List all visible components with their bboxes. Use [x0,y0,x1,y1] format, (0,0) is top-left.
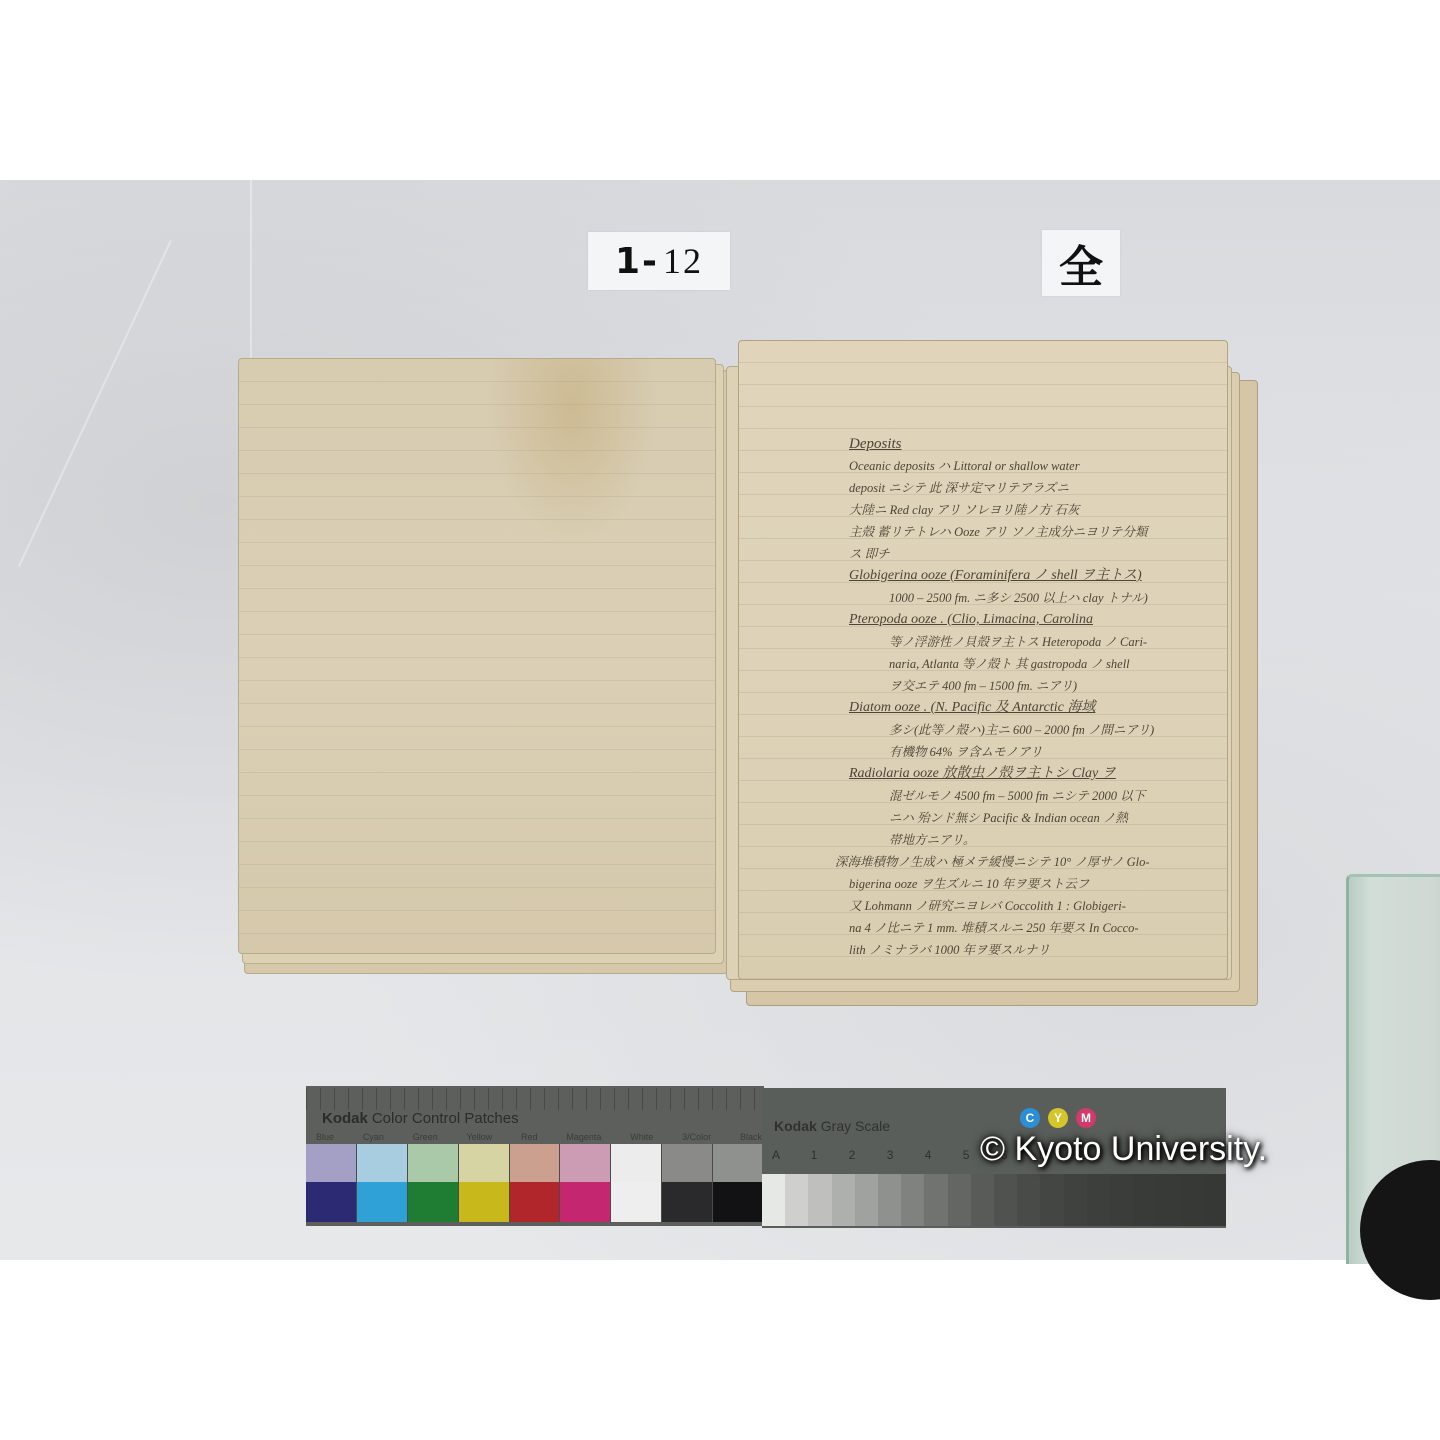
gray-step [1087,1174,1110,1226]
gray-step [808,1174,831,1226]
cym-registration-marks: C Y M [1020,1108,1096,1128]
color-patch [713,1144,764,1182]
magenta-dot-icon: M [1076,1108,1096,1128]
saturated-patch-row [306,1182,764,1222]
note-heading: Pteropoda ooze . (Clio, Limacina, Caroli… [849,609,1209,631]
copyright-watermark: © Kyoto University. [980,1130,1267,1169]
color-patch [459,1182,510,1222]
left-page [238,358,716,954]
gray-step [924,1174,947,1226]
note-line: bigerina ooze ヲ生ズルニ 10 年ヲ要スト云フ [849,873,1209,895]
note-heading: Globigerina ooze (Foraminifera ノ shell ヲ… [849,565,1209,587]
gray-step [1133,1174,1156,1226]
kanji-mark: 全 [1059,231,1103,295]
note-line: naria, Atlanta 等ノ殻ト 其 gastropoda ノ shell [849,653,1209,675]
patch-name: Red [521,1132,538,1142]
gray-step [971,1174,994,1226]
gray-step [832,1174,855,1226]
gray-step [1156,1174,1179,1226]
gray-target-title: KodakGray Scale [774,1118,890,1134]
note-line: deposit ニシテ 此 深サ定マリテアラズニ [849,477,1209,499]
completeness-label: 全 [1042,230,1120,296]
note-line: 帯地方ニアリ。 [849,829,1209,851]
gray-step [1180,1174,1203,1226]
target-name: Gray Scale [821,1118,890,1134]
gray-step [785,1174,808,1226]
light-patch-row [306,1144,764,1182]
color-patch [611,1182,662,1222]
note-line: 又 Lohmann ノ研究ニヨレバ Coccolith 1 : Globiger… [849,895,1209,917]
color-patch [357,1144,408,1182]
ruler-scale [306,1088,764,1110]
gray-step [762,1174,785,1226]
note-line: ヲ交エテ 400 fm – 1500 fm. ニアリ) [849,675,1209,697]
gray-step [948,1174,971,1226]
note-line: Oceanic deposits ハ Littoral or shallow w… [849,455,1209,477]
gray-step [1064,1174,1087,1226]
gray-step [1040,1174,1063,1226]
note-line: 有機物 64% ヲ含ムモノアリ [849,741,1209,763]
color-patch [306,1182,357,1222]
note-title: Deposits [849,433,1209,455]
color-patch [408,1144,459,1182]
note-heading: Radiolaria ooze 放散虫ノ殻ヲ主トシ Clay ヲ [849,763,1209,785]
gray-step [994,1174,1017,1226]
cloth-fold [18,240,172,567]
patch-name: Green [413,1132,438,1142]
gray-step-strip [762,1174,1226,1226]
note-line: ス 即チ [849,543,1209,565]
brand-name: Kodak [322,1110,368,1127]
item-number-rest: 12 [663,240,703,282]
patch-name: Yellow [467,1132,493,1142]
note-line: ニハ 殆ンド無シ Pacific & Indian ocean ノ熱 [849,807,1209,829]
note-line: na 4 ノ比ニテ 1 mm. 堆積スルニ 250 年要ス In Cocco- [849,917,1209,939]
note-line: 多シ(此等ノ殻ハ)主ニ 600 – 2000 fm ノ間ニアリ) [849,719,1209,741]
color-patch [510,1182,561,1222]
gray-step [1017,1174,1040,1226]
gray-step [1110,1174,1133,1226]
gray-step [878,1174,901,1226]
item-number-lead: 1- [615,241,659,282]
color-patch [560,1144,611,1182]
patch-name: 3/Color [682,1132,711,1142]
note-line: 大陸ニ Red clay アリ ソレヨリ陸ノ方 石灰 [849,499,1209,521]
handwritten-notes: Deposits Oceanic deposits ハ Littoral or … [849,433,1209,961]
gray-step [901,1174,924,1226]
target-name: Color Control Patches [372,1110,519,1127]
patch-name: White [630,1132,653,1142]
color-patch [357,1182,408,1222]
note-line: 主殻 蓄リテトレハ Ooze アリ ソノ主成分ニヨリテ分類 [849,521,1209,543]
note-line: lith ノミナラバ 1000 年ヲ要スルナリ [849,939,1209,961]
color-patch [611,1144,662,1182]
color-patch [408,1182,459,1222]
gray-step [855,1174,878,1226]
patch-name: Magenta [566,1132,601,1142]
item-number-label: 1- 12 [588,232,730,290]
color-patch [662,1144,713,1182]
yellow-dot-icon: Y [1048,1108,1068,1128]
cyan-dot-icon: C [1020,1108,1040,1128]
color-patch [459,1144,510,1182]
brand-name: Kodak [774,1118,817,1134]
color-patch [662,1182,713,1222]
right-page: Deposits Oceanic deposits ハ Littoral or … [738,340,1228,980]
color-target-title: KodakColor Control Patches [322,1110,519,1127]
color-patch [510,1144,561,1182]
note-line: 等ノ浮游性ノ貝殻ヲ主トス Heteropoda ノ Cari- [849,631,1209,653]
note-heading: Diatom ooze . (N. Pacific 及 Antarctic 海域 [849,697,1209,719]
color-patch [306,1144,357,1182]
kodak-color-control-patches: KodakColor Control Patches Blue Cyan Gre… [306,1086,764,1226]
patch-name: Cyan [363,1132,384,1142]
note-line: 深海堆積物ノ生成ハ 極メテ緩慢ニシテ 10° ノ厚サノ Glo- [835,851,1209,873]
patch-name-row: Blue Cyan Green Yellow Red Magenta White… [316,1132,762,1142]
gray-step [1203,1174,1226,1226]
color-patch [560,1182,611,1222]
patch-name: Blue [316,1132,334,1142]
patch-name: Black [740,1132,762,1142]
note-line: 1000 – 2500 fm. ニ多シ 2500 以上ハ clay トナル) [849,587,1209,609]
color-patch [713,1182,764,1222]
note-line: 混ゼルモノ 4500 fm – 5000 fm ニシテ 2000 以下 [849,785,1209,807]
